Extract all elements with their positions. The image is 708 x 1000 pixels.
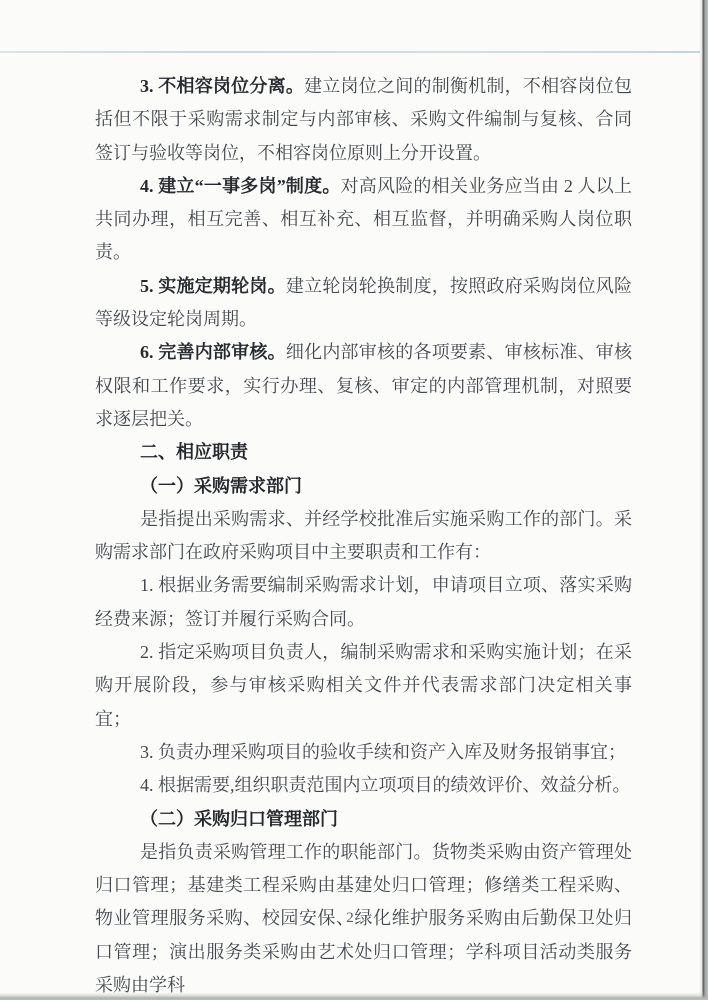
scan-edge-bottom [0, 992, 708, 1000]
section-heading-label: 二、相应职责 [140, 442, 248, 462]
paragraph: 4. 根据需要,组织职责范围内立项项目的绩效评价、效益分析。 [95, 769, 632, 802]
document-body: 3. 不相容岗位分离。建立岗位之间的制衡机制，不相容岗位包括但不限于采购需求制定… [95, 70, 632, 1000]
page-number: 2 [0, 908, 700, 928]
section-heading: 二、相应职责 [95, 436, 632, 469]
paragraph: 4. 建立“一事多岗”制度。对高风险的相关业务应当由 2 人以上共同办理，相互完… [95, 170, 632, 270]
paragraph-lead: 6. 完善内部审核。 [140, 342, 286, 362]
paragraph: 1. 根据业务需要编制采购需求计划，申请项目立项、落实采购经费来源；签订并履行采… [95, 569, 632, 636]
paragraph: 3. 负责办理采购项目的验收手续和资产入库及财务报销事宜； [95, 736, 632, 769]
scanned-document-page: 3. 不相容岗位分离。建立岗位之间的制衡机制，不相容岗位包括但不限于采购需求制定… [0, 0, 708, 1000]
paragraph: 5. 实施定期轮岗。建立轮岗轮换制度，按照政府采购岗位风险等级设定轮岗周期。 [95, 270, 632, 337]
subsection-heading: （一）采购需求部门 [95, 470, 632, 503]
paragraph-text: 4. 根据需要,组织职责范围内立项项目的绩效评价、效益分析。 [140, 775, 631, 795]
paragraph-text: 3. 负责办理采购项目的验收手续和资产入库及财务报销事宜； [140, 742, 626, 762]
paragraph: 6. 完善内部审核。细化内部审核的各项要素、审核标准、审核权限和工作要求，实行办… [95, 336, 632, 436]
paragraph-lead: 4. 建立“一事多岗”制度。 [140, 176, 341, 196]
scan-edge-right [699, 0, 708, 1000]
paragraph-text: 2. 指定采购项目负责人，编制采购需求和采购实施计划；在采购开展阶段，参与审核采… [95, 642, 632, 729]
paragraph-text: 1. 根据业务需要编制采购需求计划，申请项目立项、落实采购经费来源；签订并履行采… [95, 575, 632, 628]
subsection-heading: （二）采购归口管理部门 [95, 803, 632, 836]
paragraph-lead: 5. 实施定期轮岗。 [140, 276, 286, 296]
paragraph-lead: 3. 不相容岗位分离。 [140, 76, 304, 96]
scan-artifact-line [0, 51, 700, 53]
paragraph: 3. 不相容岗位分离。建立岗位之间的制衡机制，不相容岗位包括但不限于采购需求制定… [95, 70, 632, 170]
paragraph: 是指提出采购需求、并经学校批准后实施采购工作的部门。采购需求部门在政府采购项目中… [95, 503, 632, 570]
paragraph-text: 是指提出采购需求、并经学校批准后实施采购工作的部门。采购需求部门在政府采购项目中… [95, 509, 632, 562]
subsection-heading-label: （二）采购归口管理部门 [140, 809, 338, 829]
subsection-heading-label: （一）采购需求部门 [140, 476, 302, 496]
paragraph: 2. 指定采购项目负责人，编制采购需求和采购实施计划；在采购开展阶段，参与审核采… [95, 636, 632, 736]
